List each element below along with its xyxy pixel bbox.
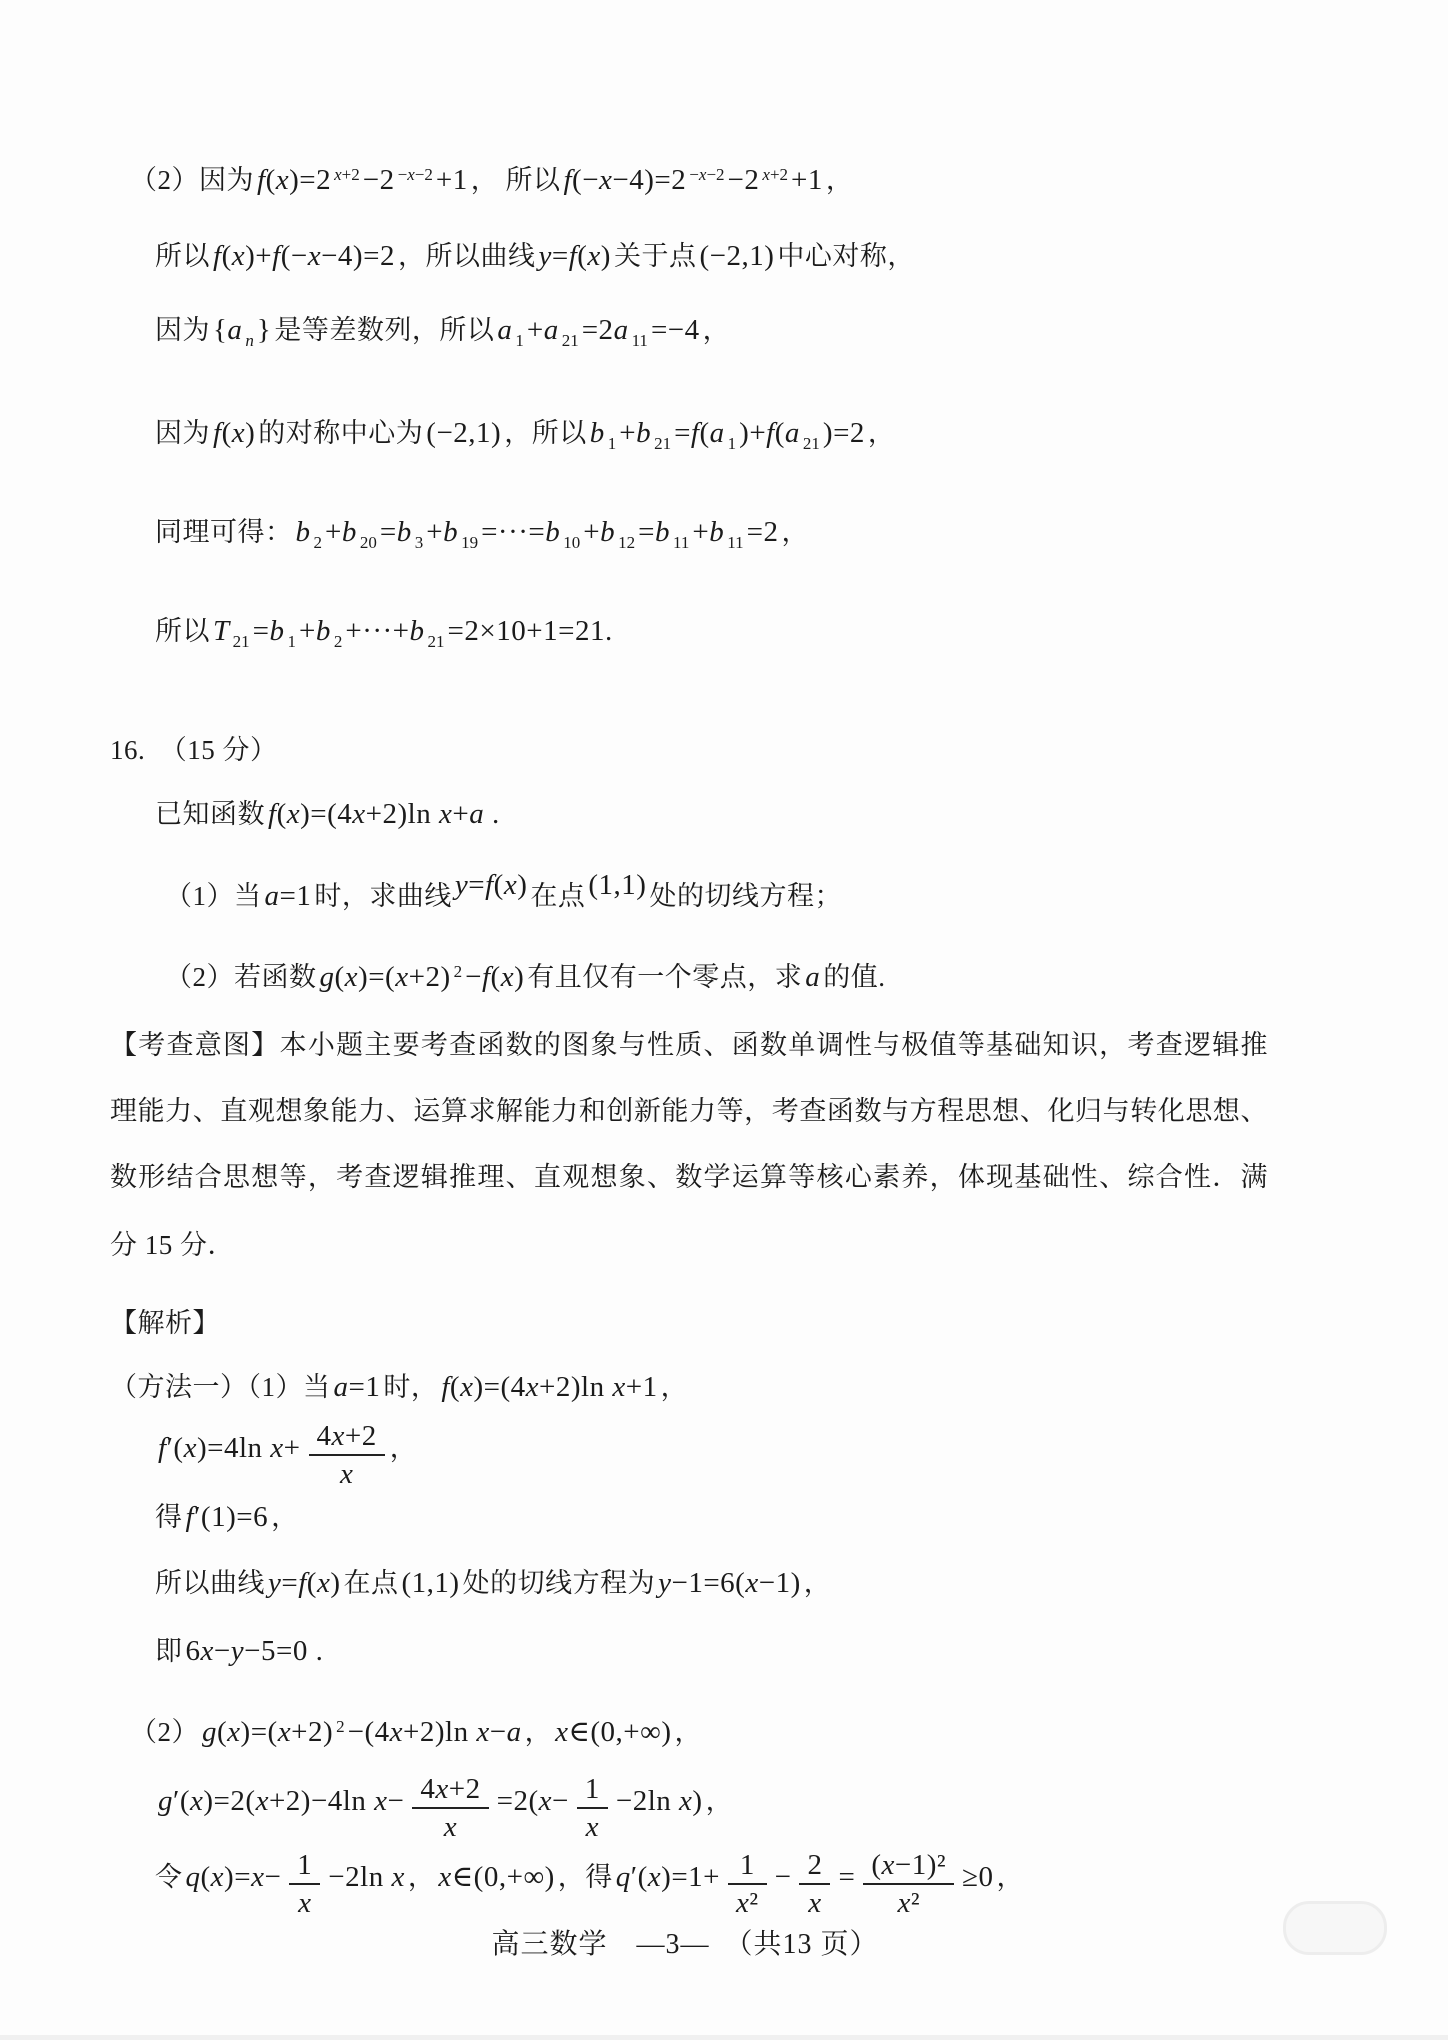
exam-intent-line2: 理能力、直观想象能力、运算求解能力和创新能力等，考查函数与方程思想、化归与转化思… [110, 1088, 1268, 1134]
problem-16-given: 已知函数f(x)=(4x+2)ln x+a . [155, 789, 1280, 839]
exam-intent-line3: 数形结合思想等，考查逻辑推理、直观想象、数学运算等核心素养，体现基础性、综合性．… [110, 1154, 1268, 1200]
sol16-derivative: f′(x)=4ln x+4x+2x， [155, 1418, 1280, 1492]
sol16-part2-gx: （2）g(x)=(x+2)2−(4x+2)ln x−a，x∈(0,+∞)， [130, 1702, 1280, 1757]
sol15-part2-line6: 所以T21=b1+b2+···+b21=2×10+1=21. [155, 606, 1280, 667]
analysis-header: 【解析】 [110, 1298, 1280, 1348]
sol15-part2-line1: （2）因为f(x)=2x+2−2−x−2+1， 所以f(−x−4)=2−x−2−… [130, 150, 1280, 205]
problem-16-q1: （1）当a=1时，求曲线y=f(x)在点(1,1)处的切线方程； [165, 871, 1280, 921]
problem-16-q2: （2）若函数g(x)=(x+2)2−f(x)有且仅有一个零点，求a的值. [165, 947, 1280, 1002]
solution-content: （2）因为f(x)=2x+2−2−x−2+1， 所以f(−x−4)=2−x−2−… [0, 0, 1340, 1921]
sol16-tangent-line: 所以曲线y=f(x)在点(1,1)处的切线方程为y−1=6(x−1)， [155, 1558, 1280, 1608]
sol15-part2-line4: 因为f(x)的对称中心为(−2,1)，所以b1+b21=f(a1)+f(a21)… [155, 408, 1280, 469]
page-footer-label: 高三数学 —3— （共13 页） [491, 1929, 878, 1960]
sol15-part2-line5: 同理可得：b2+b20=b3+b19=···=b10+b12=b11+b11=2… [155, 507, 1280, 568]
sol16-method1-line1: （方法一）（1）当a=1时，f(x)=(4x+2)ln x+1， [110, 1362, 1280, 1412]
overlay-pill [1283, 1901, 1387, 1955]
exam-intent-line4: 分 15 分． [110, 1220, 1280, 1270]
page-footer: 高三数学 —3— （共13 页） [110, 1922, 1260, 1962]
sol16-part2-gprime: g′(x)=2(x+2)−4ln x−4x+2x=2(x−1x−2ln x)， [155, 1771, 1280, 1845]
page-bottom-edge [0, 2035, 1448, 2040]
sol15-part2-line2: 所以f(x)+f(−x−4)=2，所以曲线y=f(x)关于点(−2,1)中心对称… [155, 231, 1280, 281]
document-page: （2）因为f(x)=2x+2−2−x−2+1， 所以f(−x−4)=2−x−2−… [0, 0, 1448, 2040]
sol15-part2-line3: 因为{an}是等差数列，所以a1+a21=2a11=−4， [155, 305, 1280, 366]
problem-16-header: 16. （15 分） [110, 725, 1280, 775]
sol16-tangent-eq: 即6x−y−5=0 . [155, 1626, 1280, 1676]
exam-intent-line1: 【考查意图】本小题主要考查函数的图象与性质、函数单调性与极值等基础知识，考查逻辑… [110, 1022, 1268, 1068]
sol16-f1-value: 得f′(1)=6， [155, 1492, 1280, 1542]
sol16-part2-qx: 令q(x)=x−1x−2ln x，x∈(0,+∞)，得q′(x)=1+1x²−2… [155, 1847, 1280, 1921]
